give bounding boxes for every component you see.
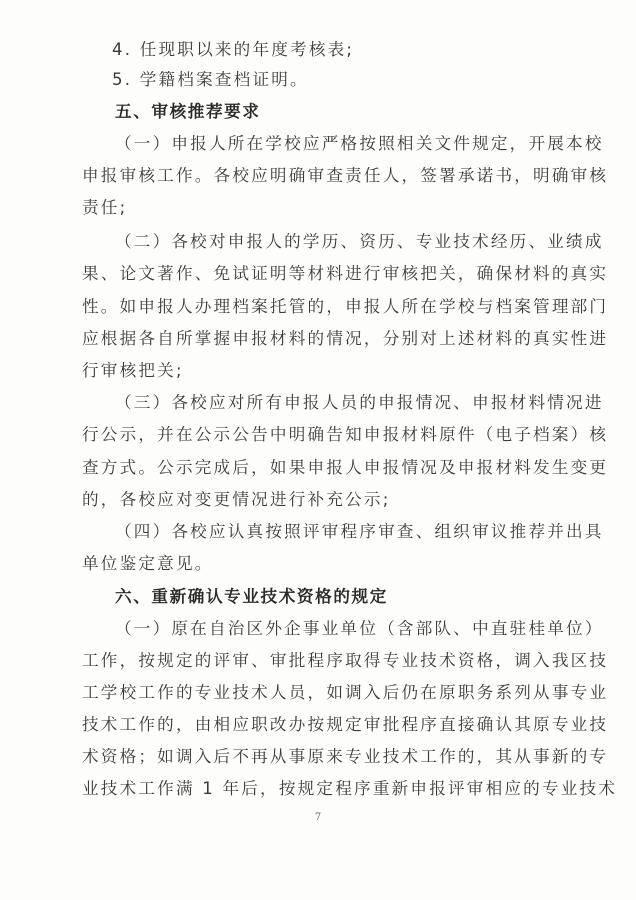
text-line: （一）原在自治区外企事业单位（含部队、中直驻桂单位） (115, 619, 615, 639)
text-line: 应根据各自所掌握申报材料的情况，分别对上述材料的真实性进 (82, 329, 582, 349)
page-number: 7 (0, 812, 636, 823)
text-line: 工作，按规定的评审、审批程序取得专业技术资格，调入我区技 (82, 651, 582, 671)
text-line: （一）申报人所在学校应严格按照相关文件规定，开展本校 (115, 134, 615, 154)
text-line: 4. 任现职以来的年度考核表; (112, 40, 612, 60)
document-page: 4. 任现职以来的年度考核表;5. 学籍档案查档证明。五、审核推荐要求（一）申报… (0, 0, 636, 900)
text-line: 技术工作的，由相应职改办按规定审批程序直接确认其原专业技 (82, 715, 582, 735)
text-line: 查方式。公示完成后，如果申报人申报情况及申报材料发生变更 (82, 458, 582, 478)
text-line: （三）各校应对所有申报人员的申报情况、申报材料情况进 (115, 393, 615, 413)
text-line: 行公示，并在公示公告中明确告知申报材料原件（电子档案）核 (82, 425, 582, 445)
text-line: 术资格；如调入后不再从事原来专业技术工作的，其从事新的专 (82, 747, 582, 767)
text-line: 单位鉴定意见。 (82, 554, 582, 574)
text-line: （四）各校应认真按照评审程序审查、组织审议推荐并出具 (115, 522, 615, 542)
text-line: 业技术工作满 1 年后，按规定程序重新申报评审相应的专业技术 (82, 779, 582, 799)
text-line: （二）各校对申报人的学历、资历、专业技术经历、业绩成 (115, 232, 615, 252)
text-line: 责任; (82, 198, 582, 218)
text-line: 申报审核工作。各校应明确审查责任人，签署承诺书，明确审核 (82, 166, 582, 186)
text-line: 5. 学籍档案查档证明。 (112, 70, 612, 90)
text-line: 的，各校应对变更情况进行补充公示; (82, 490, 582, 510)
text-line: 工学校工作的专业技术人员，如调入后仍在原职务系列从事专业 (82, 683, 582, 703)
section-heading: 六、重新确认专业技术资格的规定 (115, 587, 615, 607)
text-line: 果、论文著作、免试证明等材料进行审核把关，确保材料的真实 (82, 264, 582, 284)
text-line: 行审核把关; (82, 361, 582, 381)
text-line: 性。如申报人办理档案托管的，申报人所在学校与档案管理部门 (82, 297, 582, 317)
section-heading: 五、审核推荐要求 (115, 102, 615, 122)
